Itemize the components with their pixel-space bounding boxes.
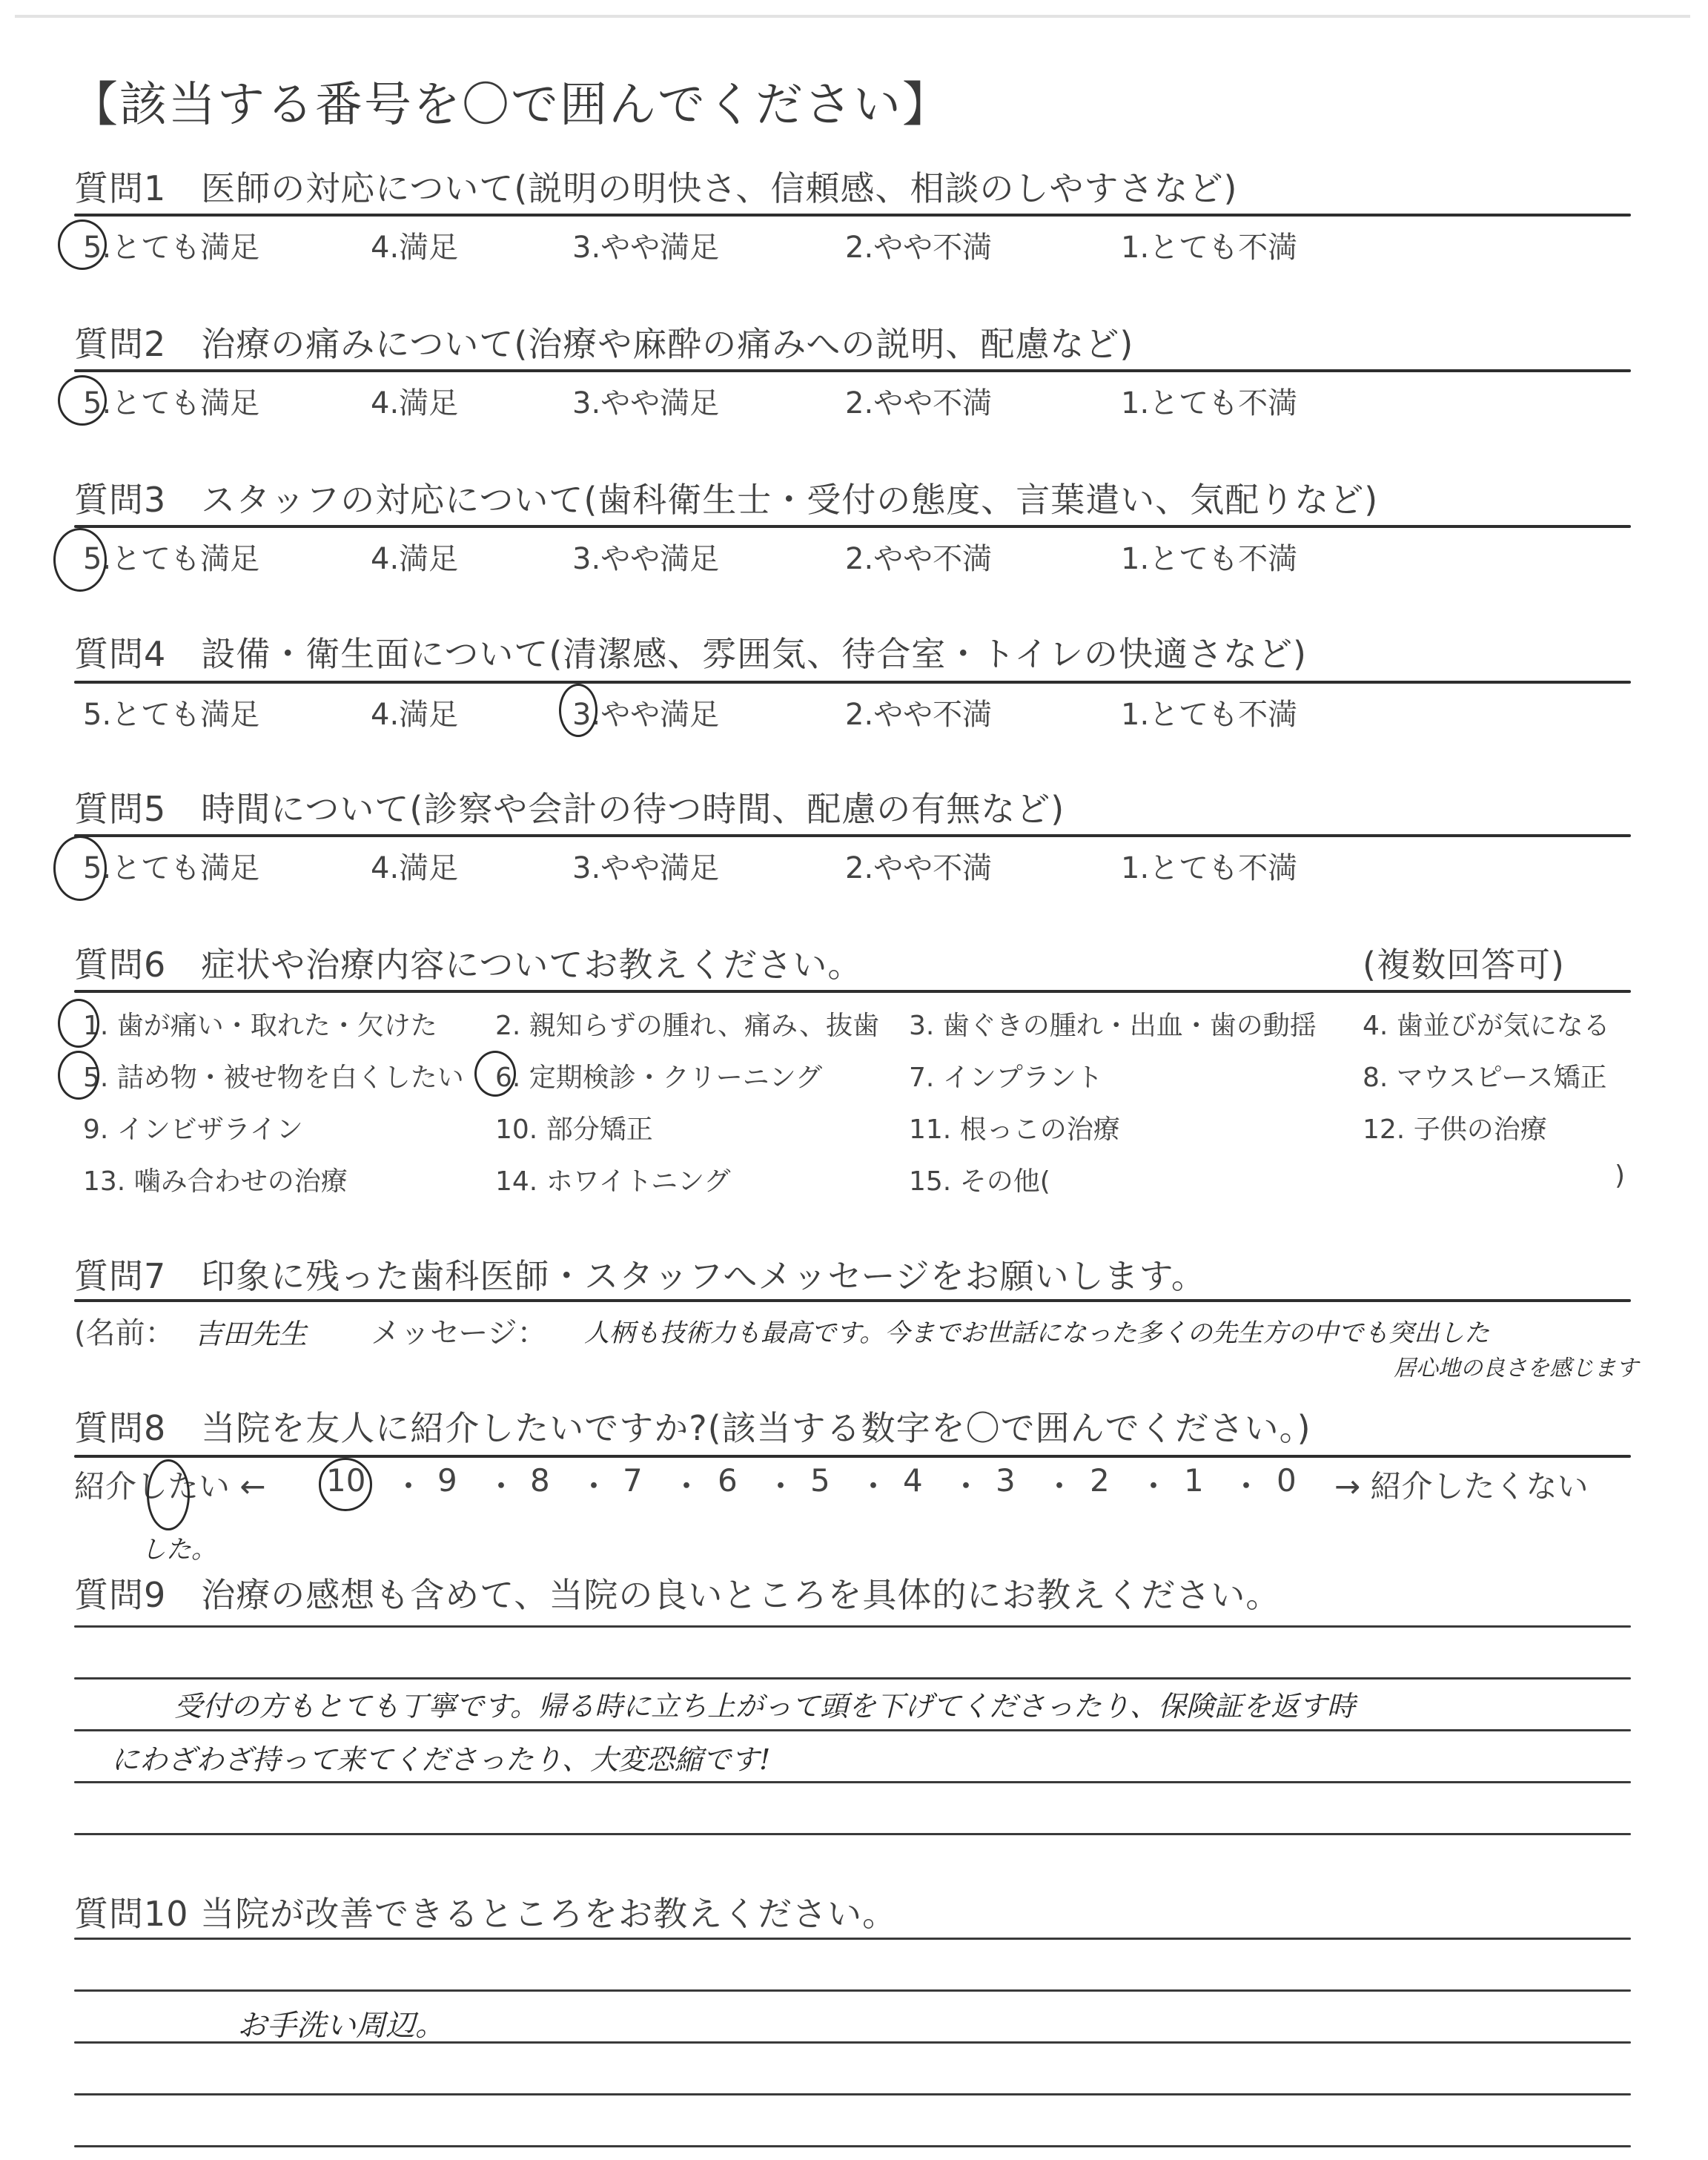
q6-heading: 質問6 症状や治療内容についてお教えください。 — [74, 938, 862, 987]
q6-multiple-note: (複数回答可) — [1363, 938, 1565, 987]
q3-option-3[interactable]: 3.やや満足 — [572, 535, 719, 578]
q2-option-3[interactable]: 3.やや満足 — [572, 380, 719, 422]
q6-item-8[interactable]: 8. マウスピース矯正 — [1363, 1057, 1606, 1094]
q6-item-6-circle — [474, 1051, 516, 1097]
scan-top-edge — [15, 15, 1690, 18]
q7-name-value[interactable]: 吉田先生 — [194, 1311, 307, 1352]
q8-scale-5[interactable]: 5 — [810, 1462, 830, 1499]
q8-scale-7[interactable]: 7 — [623, 1462, 643, 1499]
q8-scale-9[interactable]: 9 — [437, 1462, 457, 1499]
q6-item-14[interactable]: 14. ホワイトニング — [495, 1160, 730, 1198]
q6-item-15-close-paren: ) — [1615, 1160, 1625, 1191]
q6-item-5-circle — [58, 1051, 99, 1100]
q3-option-4[interactable]: 4.満足 — [371, 535, 458, 578]
q7-message-line-1[interactable]: 人柄も技術力も最高です。今までお世話になった多くの先生方の中でも突出した — [584, 1312, 1489, 1349]
q2-option-1[interactable]: 1.とても不満 — [1121, 380, 1297, 422]
q9-line-1 — [74, 1625, 1631, 1628]
q5-option-2[interactable]: 2.やや不満 — [845, 845, 992, 887]
q1-rule — [74, 214, 1631, 217]
q6-item-7[interactable]: 7. インプラント — [909, 1057, 1103, 1094]
q3-option-2[interactable]: 2.やや不満 — [845, 535, 992, 578]
q8-separator: ・ — [671, 1462, 702, 1507]
q8-scale-3[interactable]: 3 — [996, 1462, 1016, 1499]
q4-option-5[interactable]: 5.とても満足 — [83, 691, 259, 733]
q8-separator: ・ — [393, 1462, 424, 1507]
q6-item-10[interactable]: 10. 部分矯正 — [495, 1109, 653, 1146]
q4-options: 5.とても満足 4.満足 3.やや満足 2.やや不満 1.とても不満 — [74, 691, 1631, 736]
q10-line-1 — [74, 1938, 1631, 1940]
q4-rule — [74, 681, 1631, 684]
q5-selection-circle — [53, 836, 107, 901]
q1-options: 5.とても満足 4.満足 3.やや満足 2.やや不満 1.とても不満 — [74, 224, 1631, 268]
q1-option-2[interactable]: 2.やや不満 — [845, 224, 992, 266]
q8-separator: ・ — [486, 1462, 517, 1507]
q8-scale-8[interactable]: 8 — [530, 1462, 550, 1499]
q2-selection-circle — [58, 375, 107, 426]
q8-heading: 質問8 当院を友人に紹介したいですか?(該当する数字を〇で囲んでください。) — [74, 1401, 1311, 1450]
q6-item-1-circle — [58, 999, 99, 1048]
q3-options: 5.とても満足 4.満足 3.やや満足 2.やや不満 1.とても不満 — [74, 535, 1631, 580]
q5-option-3[interactable]: 3.やや満足 — [572, 845, 719, 887]
q6-item-4[interactable]: 4. 歯並びが気になる — [1363, 1005, 1610, 1043]
q10-answer[interactable]: お手洗い周辺。 — [237, 2002, 445, 2044]
q8-scale-6[interactable]: 6 — [718, 1462, 738, 1499]
q6-item-15-other[interactable]: 15. その他( — [909, 1160, 1050, 1198]
q1-option-4[interactable]: 4.満足 — [371, 224, 458, 266]
q9-line-5 — [74, 1833, 1631, 1835]
q2-heading: 質問2 治療の痛みについて(治療や麻酔の痛みへの説明、配慮など) — [74, 317, 1133, 366]
q6-item-9[interactable]: 9. インビザライン — [83, 1109, 303, 1146]
q5-rule — [74, 834, 1631, 837]
q7-heading: 質問7 印象に残った歯科医師・スタッフへメッセージをお願いします。 — [74, 1249, 1206, 1298]
q4-option-2[interactable]: 2.やや不満 — [845, 691, 992, 733]
q1-heading: 質問1 医師の対応について(説明の明快さ、信頼感、相談のしやすさなど) — [74, 162, 1237, 211]
q8-separator: ・ — [765, 1462, 796, 1507]
q8-annotation-circle — [147, 1459, 190, 1530]
q10-line-4 — [74, 2093, 1631, 2095]
q2-option-4[interactable]: 4.満足 — [371, 380, 458, 422]
q7-name-label: (名前： — [74, 1309, 175, 1352]
q4-selection-circle — [559, 684, 598, 737]
q8-rule — [74, 1455, 1631, 1458]
q8-scale: 紹介したい ← 10 ・ 9 ・ 8 ・ 7 ・ 6 ・ 5 ・ 4 ・ 3 ・… — [74, 1462, 1631, 1514]
q3-rule — [74, 525, 1631, 528]
q3-selection-circle — [53, 528, 107, 592]
q5-option-4[interactable]: 4.満足 — [371, 845, 458, 887]
q6-item-3[interactable]: 3. 歯ぐきの腫れ・出血・歯の動揺 — [909, 1005, 1317, 1043]
q9-line-4 — [74, 1781, 1631, 1783]
q9-line-2 — [74, 1677, 1631, 1680]
q8-right-label: → 紹介したくない — [1334, 1462, 1589, 1507]
q8-scale-1[interactable]: 1 — [1184, 1462, 1204, 1499]
q7-rule — [74, 1299, 1631, 1302]
q9-line-3 — [74, 1729, 1631, 1731]
q6-item-1[interactable]: 1. 歯が痛い・取れた・欠けた — [83, 1005, 437, 1043]
q9-heading: 質問9 治療の感想も含めて、当院の良いところを具体的にお教えください。 — [74, 1568, 1280, 1617]
q7-message-label: メッセージ： — [371, 1309, 547, 1352]
q8-scale-2[interactable]: 2 — [1090, 1462, 1110, 1499]
q8-separator: ・ — [578, 1462, 609, 1507]
q7-message-line-2[interactable]: 居心地の良さを感じます — [1394, 1350, 1638, 1382]
q2-options: 5.とても満足 4.満足 3.やや満足 2.やや不満 1.とても不満 — [74, 380, 1631, 424]
q4-option-1[interactable]: 1.とても不満 — [1121, 691, 1297, 733]
q8-separator: ・ — [1231, 1462, 1262, 1507]
q5-options: 5.とても満足 4.満足 3.やや満足 2.やや不満 1.とても不満 — [74, 845, 1631, 889]
q2-option-5[interactable]: 5.とても満足 — [83, 380, 259, 422]
q5-heading: 質問5 時間について(診察や会計の待つ時間、配慮の有無など) — [74, 782, 1065, 831]
q5-option-5[interactable]: 5.とても満足 — [83, 845, 259, 887]
q8-separator: ・ — [858, 1462, 889, 1507]
q6-item-13[interactable]: 13. 噛み合わせの治療 — [83, 1160, 348, 1198]
q1-option-5[interactable]: 5.とても満足 — [83, 224, 259, 266]
q4-heading: 質問4 設備・衛生面について(清潔感、雰囲気、待合室・トイレの快適さなど) — [74, 627, 1307, 676]
q1-option-3[interactable]: 3.やや満足 — [572, 224, 719, 266]
q6-item-5[interactable]: 5. 詰め物・被せ物を白くしたい — [83, 1057, 464, 1094]
q8-separator: ・ — [1138, 1462, 1169, 1507]
q3-option-5[interactable]: 5.とても満足 — [83, 535, 259, 578]
q1-selection-circle — [58, 219, 107, 270]
q5-option-1[interactable]: 1.とても不満 — [1121, 845, 1297, 887]
q8-scale-0[interactable]: 0 — [1277, 1462, 1297, 1499]
q10-line-5 — [74, 2145, 1631, 2147]
q9-answer-line-2[interactable]: にわざわざ持って来てくださったり、大変恐縮です! — [111, 1737, 770, 1777]
q6-item-11[interactable]: 11. 根っこの治療 — [909, 1109, 1120, 1146]
q6-item-6[interactable]: 6. 定期検診・クリーニング — [495, 1057, 822, 1094]
q10-line-2 — [74, 1989, 1631, 1992]
q2-rule — [74, 369, 1631, 372]
q8-scale-4[interactable]: 4 — [903, 1462, 923, 1499]
q6-rule — [74, 990, 1631, 993]
q1-option-1[interactable]: 1.とても不満 — [1121, 224, 1297, 266]
page-title: 【該当する番号を〇で囲んでください】 — [70, 67, 951, 135]
q8-handwritten-note[interactable]: した。 — [141, 1529, 216, 1565]
q9-answer-line-1[interactable]: 受付の方もとても丁寧です。帰る時に立ち上がって頭を下げてくださったり、保険証を返… — [174, 1683, 1355, 1724]
q8-selection-circle — [319, 1458, 372, 1511]
q8-separator: ・ — [1044, 1462, 1075, 1507]
q3-heading: 質問3 スタッフの対応について(歯科衛生士・受付の態度、言葉遣い、気配りなど) — [74, 473, 1378, 522]
q3-option-1[interactable]: 1.とても不満 — [1121, 535, 1297, 578]
q8-separator: ・ — [950, 1462, 982, 1507]
q4-option-4[interactable]: 4.満足 — [371, 691, 458, 733]
q10-heading: 質問10 当院が改善できるところをお教えください。 — [74, 1887, 897, 1936]
q6-item-12[interactable]: 12. 子供の治療 — [1363, 1109, 1547, 1146]
q6-item-2[interactable]: 2. 親知らずの腫れ、痛み、抜歯 — [495, 1005, 879, 1043]
q6-checklist: 1. 歯が痛い・取れた・欠けた 2. 親知らずの腫れ、痛み、抜歯 3. 歯ぐきの… — [74, 1005, 1631, 1227]
q2-option-2[interactable]: 2.やや不満 — [845, 380, 992, 422]
